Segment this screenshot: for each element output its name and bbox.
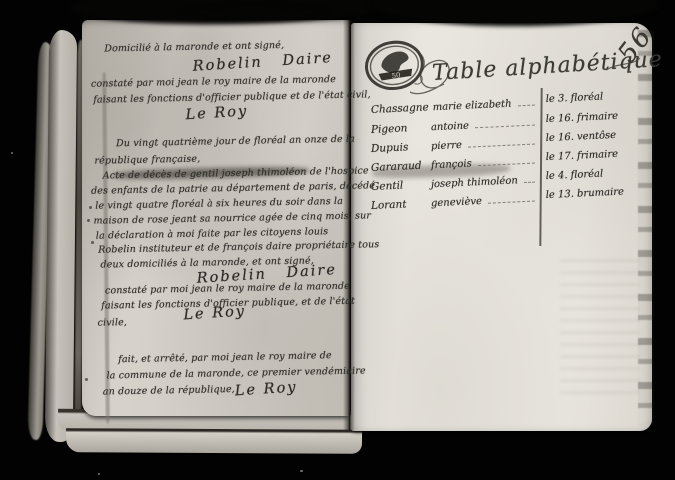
table-surname: Gentil (371, 178, 427, 193)
signature: Robelin Daire (192, 50, 333, 75)
signature: Le Roy (183, 303, 247, 323)
fiscal-stamp: 50 (360, 33, 435, 105)
manuscript-line: constaté par moi jean le roy maire de la… (105, 281, 350, 297)
manuscript-line: république française, (94, 154, 200, 167)
manuscript-line: constaté par moi jean le roy maire de la… (91, 74, 336, 90)
signature: Le Roy (234, 379, 298, 399)
dotted-leader (518, 105, 535, 107)
manuscript-line: civile, (97, 317, 127, 329)
manuscript-line: la déclaration à moi faite par les citoy… (96, 226, 329, 241)
manuscript-line: Domicilié à la maronde et ont signé, (104, 40, 284, 54)
table-surname: Pigeon (371, 121, 427, 136)
table-surname: Lorant (371, 197, 427, 212)
manuscript-line: Du vingt quatrième jour de floréal an on… (116, 134, 355, 150)
table-given: françois (431, 158, 472, 171)
stamp-flourish (410, 52, 428, 85)
dotted-leader (478, 163, 535, 167)
table-surname: Gararaud (371, 159, 427, 174)
dotted-leader (524, 182, 535, 184)
scanned-register-photo: Domicilié à la maronde et ont signé,Robe… (0, 0, 675, 480)
dotted-leader (488, 201, 535, 204)
table-given: pierre (431, 140, 462, 152)
manuscript-line: Acte de décès de gentil joseph thimoléon… (103, 165, 369, 181)
dotted-leader (468, 144, 535, 148)
manuscript-line: maison de rose jeant sa nourrice agée de… (93, 210, 371, 226)
manuscript-line: faisant les fonctions d'officier publiqu… (93, 89, 371, 105)
manuscript-line: an douze de la république, (103, 384, 235, 398)
table-given: geneviève (431, 196, 482, 209)
table-given: antoine (431, 121, 469, 134)
signature: Le Roy (185, 103, 249, 123)
manuscript-line: des enfants de la patrie au département … (91, 180, 375, 196)
manuscript-line: fait, et arrêté, par moi jean le roy mai… (118, 350, 332, 365)
manuscript-line: la commune de la maronde, ce premier ven… (106, 365, 365, 381)
manuscript-line: Robelin instituteur et de françois daire… (98, 239, 379, 255)
dotted-leader (475, 125, 535, 129)
table-surname: Dupuis (371, 140, 427, 155)
stamp-value: 50 (391, 71, 401, 80)
manuscript-line: le vingt quatre floréal à six heures du … (95, 196, 343, 212)
